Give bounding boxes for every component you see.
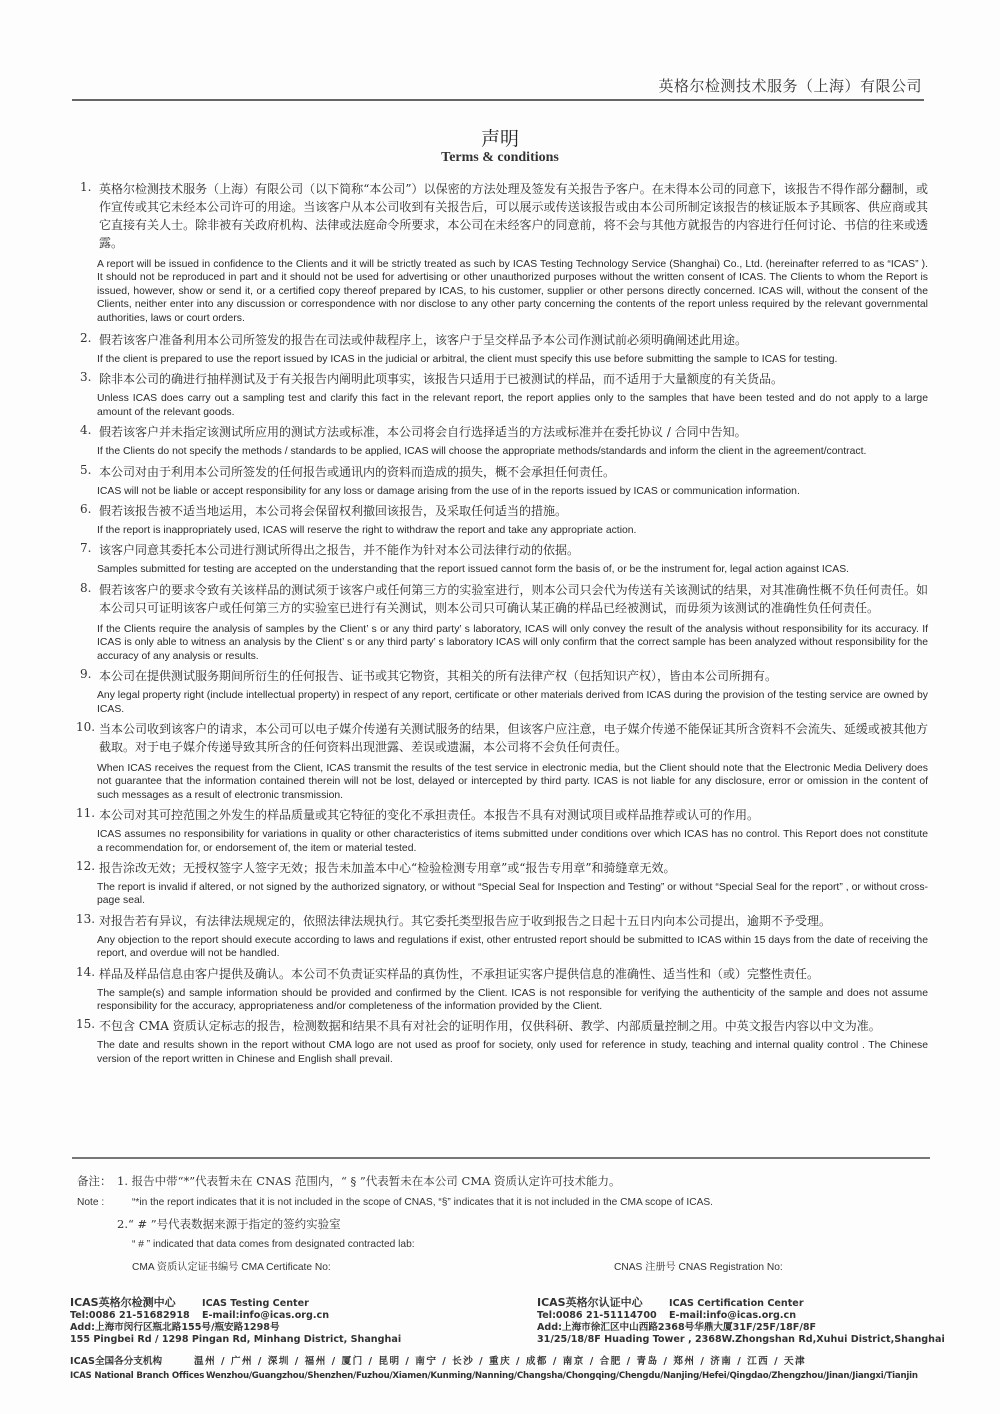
clause-text-cn: 对报告若有异议，有法律法规规定的，依照法律法规执行。其它委托类型报告应于收到报告…: [99, 912, 928, 930]
cnas-registration-label: CNAS 注册号 CNAS Registration No:: [614, 1258, 783, 1273]
testing-center-name-cn: ICAS英格尔检测中心: [70, 1297, 202, 1309]
testing-center-email: E-mail:info@icas.org.cn: [202, 1310, 329, 1321]
clause-text-cn: 本公司在提供测试服务期间所衍生的任何报告、证书或其它物资，其相关的所有法律产权（…: [99, 667, 928, 685]
clause-2: 2. 假若该客户准备利用本公司所签发的报告在司法或仲裁程序上，该客户于呈交样品予…: [72, 331, 928, 366]
clause-text-cn: 本公司对由于利用本公司所签发的任何报告或通讯内的资料而造成的损失，概不会承担任何…: [99, 463, 928, 481]
clause-number: 6.: [80, 502, 91, 516]
branches-cities-cn: 温州 / 广州 / 深圳 / 福州 / 厦门 / 昆明 / 南宁 / 长沙 / …: [194, 1356, 806, 1367]
certification-center-tel: Tel:0086 21-51114700: [537, 1310, 669, 1322]
clause-text-en: ICAS will not be liable or accept respon…: [97, 485, 928, 498]
clause-text-en: The report is invalid if altered, or not…: [97, 881, 928, 908]
clause-text-en: If the report is inappropriately used, I…: [97, 524, 928, 537]
header-divider: [72, 99, 924, 101]
clause-text-cn: 假若该报告被不适当地运用，本公司将会保留权利撤回该报告，及采取任何适当的措施。: [99, 502, 928, 520]
clause-14: 14. 样品及样品信息由客户提供及确认。本公司不负责证实样品的真伪性，不承担证实…: [72, 965, 928, 1014]
clause-number: 15.: [76, 1017, 95, 1031]
clause-7: 7. 该客户同意其委托本公司进行测试所得出之报告，并不能作为针对本公司法律行动的…: [72, 541, 928, 576]
page-title-cn: 声明: [0, 124, 1000, 151]
branches-label-cn: ICAS全国各分支机构: [70, 1355, 194, 1369]
clause-text-en: When ICAS receives the request from the …: [97, 762, 928, 802]
clause-text-en: ICAS assumes no responsibility for varia…: [97, 828, 928, 855]
clause-text-cn: 当本公司收到该客户的请求，本公司可以电子媒介传递有关测试服务的结果，但该客户应注…: [99, 720, 928, 756]
clause-text-cn: 报告涂改无效；无授权签字人签字无效；报告未加盖本中心“检验检测专用章”或“报告专…: [99, 859, 928, 877]
clause-number: 9.: [80, 667, 91, 681]
branch-offices: ICAS全国各分支机构温州 / 广州 / 深圳 / 福州 / 厦门 / 昆明 /…: [70, 1355, 930, 1383]
clause-13: 13. 对报告若有异议，有法律法规规定的，依照法律法规执行。其它委托类型报告应于…: [72, 912, 928, 961]
clause-4: 4. 假若该客户并未指定该测试所应用的测试方法或标准，本公司将会自行选择适当的方…: [72, 423, 928, 458]
testing-center-block: ICAS英格尔检测中心ICAS Testing Center Tel:0086 …: [70, 1297, 401, 1346]
cma-certificate-label: CMA 资质认定证书编号 CMA Certificate No:: [132, 1258, 331, 1273]
certification-center-address-en: 31/25/18/8F Huading Tower , 2368W.Zhongs…: [537, 1334, 945, 1346]
clause-text-cn: 样品及样品信息由客户提供及确认。本公司不负责证实样品的真伪性，不承担证实客户提供…: [99, 965, 928, 983]
clause-number: 4.: [80, 423, 91, 437]
clause-text-cn: 不包含 CMA 资质认定标志的报告，检测数据和结果不具有对社会的证明作用，仅供科…: [99, 1017, 928, 1035]
terms-page: 英格尔检测技术服务（上海）有限公司 声明 Terms & conditions …: [0, 0, 1000, 1414]
clause-15: 15. 不包含 CMA 资质认定标志的报告，检测数据和结果不具有对社会的证明作用…: [72, 1017, 928, 1066]
clause-text-cn: 本公司对其可控范围之外发生的样品质量或其它特征的变化不承担责任。本报告不具有对测…: [99, 806, 928, 824]
branches-label-en: ICAS National Branch Offices: [70, 1369, 206, 1383]
notes-label-cn: 备注：: [77, 1173, 112, 1189]
note-1-cn: 1. 报告中带“*”代表暂未在 CNAS 范围内，“ § ”代表暂未在本公司 C…: [117, 1173, 621, 1189]
clause-5: 5. 本公司对由于利用本公司所签发的任何报告或通讯内的资料而造成的损失，概不会承…: [72, 463, 928, 498]
note-1-en: “*in the report indicates that it is not…: [132, 1197, 713, 1208]
clause-number: 3.: [80, 370, 91, 384]
clause-6: 6. 假若该报告被不适当地运用，本公司将会保留权利撤回该报告，及采取任何适当的措…: [72, 502, 928, 537]
clause-number: 10.: [76, 720, 95, 734]
clause-10: 10. 当本公司收到该客户的请求，本公司可以电子媒介传递有关测试服务的结果，但该…: [72, 720, 928, 802]
clause-text-en: The sample(s) and sample information sho…: [97, 987, 928, 1014]
testing-center-name-en: ICAS Testing Center: [202, 1298, 309, 1309]
note-2-cn: 2.“ # ”号代表数据来源于指定的签约实验室: [117, 1216, 341, 1232]
clause-number: 12.: [76, 859, 95, 873]
page-title-en: Terms & conditions: [0, 150, 1000, 166]
certification-center-block: ICAS英格尔认证中心ICAS Certification Center Tel…: [537, 1297, 945, 1346]
clause-text-en: Any objection to the report should execu…: [97, 934, 928, 961]
notes-label-en: Note :: [77, 1197, 104, 1208]
certification-center-name-en: ICAS Certification Center: [669, 1298, 804, 1309]
footer-divider: [72, 1157, 930, 1159]
testing-center-tel: Tel:0086 21-51682918: [70, 1310, 202, 1322]
clause-text-en: The date and results shown in the report…: [97, 1039, 928, 1066]
certification-center-name-cn: ICAS英格尔认证中心: [537, 1297, 669, 1309]
clause-text-en: Samples submitted for testing are accept…: [97, 563, 928, 576]
clauses-list: 1. 英格尔检测技术服务（上海）有限公司（以下简称“本公司”）以保密的方法处理及…: [72, 180, 928, 1070]
clause-text-cn: 英格尔检测技术服务（上海）有限公司（以下简称“本公司”）以保密的方法处理及签发有…: [99, 180, 928, 252]
clause-number: 2.: [80, 331, 91, 345]
clause-text-cn: 假若该客户的要求令致有关该样品的测试须于该客户或任何第三方的实验室进行，则本公司…: [99, 581, 928, 617]
clause-text-en: Unless ICAS does carry out a sampling te…: [97, 392, 928, 419]
testing-center-address-en: 155 Pingbei Rd / 1298 Pingan Rd, Minhang…: [70, 1334, 401, 1346]
clause-text-cn: 假若该客户并未指定该测试所应用的测试方法或标准，本公司将会自行选择适当的方法或标…: [99, 423, 928, 441]
clause-number: 11.: [76, 806, 95, 820]
clause-12: 12. 报告涂改无效；无授权签字人签字无效；报告未加盖本中心“检验检测专用章”或…: [72, 859, 928, 908]
clause-number: 13.: [76, 912, 95, 926]
clause-9: 9. 本公司在提供测试服务期间所衍生的任何报告、证书或其它物资，其相关的所有法律…: [72, 667, 928, 716]
clause-text-cn: 除非本公司的确进行抽样测试及于有关报告内阐明此项事实，该报告只适用于已被测试的样…: [99, 370, 928, 388]
clause-text-en: A report will be issued in confidence to…: [97, 258, 928, 325]
clause-number: 1.: [80, 180, 91, 194]
testing-center-address-cn: Add:上海市闵行区瓶北路155号/瓶安路1298号: [70, 1322, 401, 1334]
header-company-name: 英格尔检测技术服务（上海）有限公司: [658, 75, 922, 96]
clause-text-en: If the Clients require the analysis of s…: [97, 623, 928, 663]
clause-text-cn: 假若该客户准备利用本公司所签发的报告在司法或仲裁程序上，该客户于呈交样品予本公司…: [99, 331, 928, 349]
clause-text-cn: 该客户同意其委托本公司进行测试所得出之报告，并不能作为针对本公司法律行动的依据。: [99, 541, 928, 559]
clause-number: 8.: [80, 581, 91, 595]
clause-11: 11. 本公司对其可控范围之外发生的样品质量或其它特征的变化不承担责任。本报告不…: [72, 806, 928, 855]
clause-text-en: If the Clients do not specify the method…: [97, 445, 928, 458]
clause-1: 1. 英格尔检测技术服务（上海）有限公司（以下简称“本公司”）以保密的方法处理及…: [72, 180, 928, 325]
clause-3: 3. 除非本公司的确进行抽样测试及于有关报告内阐明此项事实，该报告只适用于已被测…: [72, 370, 928, 419]
clause-number: 7.: [80, 541, 91, 555]
clause-number: 14.: [76, 965, 95, 979]
branches-cities-en: Wenzhou/Guangzhou/Shenzhen/Fuzhou/Xiamen…: [206, 1371, 918, 1381]
clause-number: 5.: [80, 463, 91, 477]
clause-8: 8. 假若该客户的要求令致有关该样品的测试须于该客户或任何第三方的实验室进行，则…: [72, 581, 928, 663]
clause-text-en: Any legal property right (include intell…: [97, 689, 928, 716]
clause-text-en: If the client is prepared to use the rep…: [97, 353, 928, 366]
certification-center-address-cn: Add:上海市徐汇区中山西路2368号华鼎大厦31F/25F/18F/8F: [537, 1322, 945, 1334]
certification-center-email: E-mail:info@icas.org.cn: [669, 1310, 796, 1321]
note-2-en: “ # ” indicated that data comes from des…: [132, 1239, 415, 1250]
